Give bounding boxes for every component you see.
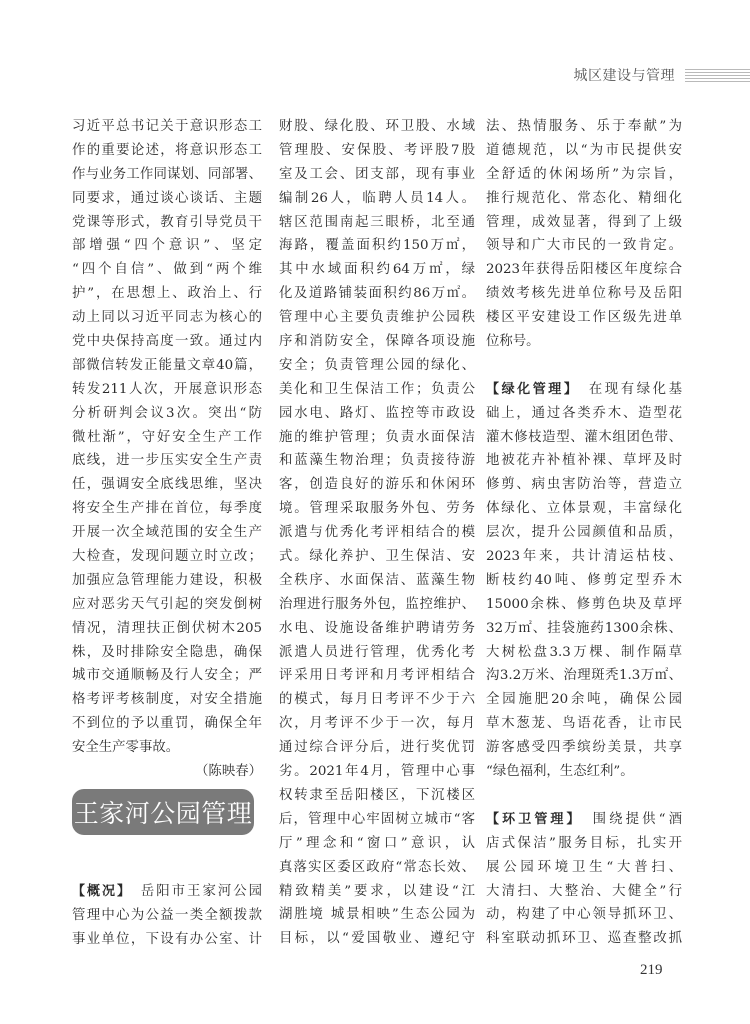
text-line: 层次，提升公园颜值和品质， (486, 521, 682, 545)
text-line: 美化和卫生保洁工作；负责公 (279, 378, 475, 402)
text-line: 管理中心为公益一类全额拨款 (72, 904, 262, 928)
text-line: 序和消防安全，保障各项设施 (279, 330, 475, 354)
text-line: 灌木修枝造型、灌木组团色带、 (486, 426, 682, 450)
text-line: “四个自信”、做到“两个维 (72, 258, 262, 282)
text-line: 室及工会、团支部，现有事业 (279, 163, 475, 187)
text-line: 厅”理念和“窗口”意识，认 (279, 832, 475, 856)
text-line: 株，及时排除安全隐患，确保 (72, 641, 262, 665)
text-line: 位称号。 (486, 330, 682, 354)
text-line: 推行规范化、常态化、精细化 (486, 187, 682, 211)
text-line: 动，构建了中心领导抓环卫、 (486, 903, 682, 927)
text-line: 法、热情服务、乐于奉献”为 (486, 115, 682, 139)
text-line: 沟3.2万米、治理斑秃1.3万㎡、 (486, 664, 682, 688)
text-line: 分析研判会议3次。突出“防 (72, 402, 262, 426)
text-line: 道德规范，以“为市民提供安 (486, 139, 682, 163)
text-line: 真落实区委区政府“常态长效、 (279, 856, 475, 880)
text-line: 领导和广大市民的一致肯定。 (486, 234, 682, 258)
sanitation-paragraph: 【环卫管理】 围绕提供“酒 店式保洁”服务目标，扎实开展公园环境卫生“大普扫、大… (486, 808, 682, 951)
text-line: 展公园环境卫生“大普扫、 (486, 856, 682, 880)
text-line: 绩效考核先进单位称号及岳阳 (486, 282, 682, 306)
overview-paragraph: 【概况】 岳阳市王家河公园 管理中心为公益一类全额拨款 事业单位，下设有办公室、… (72, 880, 262, 952)
running-head: 城区建设与管理 (574, 64, 750, 86)
text-line: 大清扫、大整治、大健全”行 (486, 880, 682, 904)
text-line: 作的重要论述，将意识形态工 (72, 139, 262, 163)
text-line: 编制26人，临聘人员14人。 (279, 187, 475, 211)
text-line: 体绿化、立体景观，丰富绿化 (486, 497, 682, 521)
text-line: 劣。2021年4月，管理中心事 (279, 760, 475, 784)
sanitation-first-line: 【环卫管理】 围绕提供“酒 (486, 808, 682, 832)
text-line: 的模式，每月日考评不少于六 (279, 688, 475, 712)
column-2: 财股、绿化股、环卫股、水域管理股、安保股、考评股7股室及工会、团支部，现有事业编… (279, 115, 475, 951)
text-line: 权转隶至岳阳楼区，下沉楼区 (279, 784, 475, 808)
text-line: 园水电、路灯、监控等市政设 (279, 402, 475, 426)
text-line: 目标，以“爱国敬业、遵纪守 (279, 927, 475, 951)
text-line: 修剪、病虫害防治等，营造立 (486, 473, 682, 497)
greening-tag: 【绿化管理】 (486, 382, 573, 397)
section-heading: 王家河公园管理 (72, 789, 254, 835)
column-1: 习近平总书记关于意识形态工作的重要论述，将意识形态工作与业务工作同谋划、同部署、… (72, 115, 262, 784)
text-line: 其中水域面积约64万㎡，绿 (279, 258, 475, 282)
overview-first-line: 【概况】 岳阳市王家河公园 (72, 880, 262, 904)
text-line: 党中央保持高度一致。通过内 (72, 330, 262, 354)
text-line: 部微信转发正能量文章40篇， (72, 354, 262, 378)
greening-first-line: 【绿化管理】 在现有绿化基 (486, 378, 682, 402)
text-line: 派遣人员进行管理，优秀化考 (279, 641, 475, 665)
text-line: 游客感受四季缤纷美景，共享 (486, 736, 682, 760)
text-line: 应对恶劣天气引起的突发倒树 (72, 593, 262, 617)
text-line: 转发211人次，开展意识形态 (72, 378, 262, 402)
text-line: 护”，在思想上、政治上、行 (72, 282, 262, 306)
running-head-title: 城区建设与管理 (574, 65, 676, 85)
text-line: 境。管理采取服务外包、劳务 (279, 497, 475, 521)
text-line: 通过综合评分后，进行奖优罚 (279, 736, 475, 760)
text-line: 础上，通过各类乔木、造型花 (486, 402, 682, 426)
text-line: 水电、设施设备维护聘请劳务 (279, 617, 475, 641)
sanitation-tag: 【环卫管理】 (486, 812, 576, 827)
text-line: 部增强“四个意识”、坚定 (72, 234, 262, 258)
greening-paragraph: 【绿化管理】 在现有绿化基 础上，通过各类乔木、造型花灌木修枝造型、灌木组团色带… (486, 378, 682, 784)
text-line: 楼区平安建设工作区级先进单 (486, 306, 682, 330)
text-line: 不到位的予以重罚，确保全年 (72, 712, 262, 736)
text-line: 管理，成效显著，得到了上级 (486, 211, 682, 235)
text-line: 同要求，通过谈心谈话、主题 (72, 187, 262, 211)
text-line: 底线，进一步压实安全生产责 (72, 449, 262, 473)
text-line: 全秩序、水面保洁、蓝藻生物 (279, 569, 475, 593)
text-line: 施的维护管理；负责水面保洁 (279, 426, 475, 450)
text-line: 断枝约40吨、修剪定型乔木 (486, 569, 682, 593)
text-line: 任，强调安全底线思维，坚决 (72, 473, 262, 497)
text-line: 作与业务工作同谋划、同部署、 (72, 163, 262, 187)
text-line: 财股、绿化股、环卫股、水域 (279, 115, 475, 139)
text-line: 2023年来，共计清运枯枝、 (486, 545, 682, 569)
text-line: 微杜渐”，守好安全生产工作 (72, 426, 262, 450)
text-line: 精致精美”要求，以建设“江 (279, 880, 475, 904)
text-line: 后，管理中心牢固树立城市“客 (279, 808, 475, 832)
ideology-safety-paragraph: 习近平总书记关于意识形态工作的重要论述，将意识形态工作与业务工作同谋划、同部署、… (72, 115, 262, 760)
text-line: 情况，清理扶正倒伏树木205 (72, 617, 262, 641)
text-line: 将安全生产排在首位，每季度 (72, 497, 262, 521)
text-line: 化及道路铺装面积约86万㎡。 (279, 282, 475, 306)
author-credit: （陈映春） (72, 760, 262, 784)
text-line: 治理进行服务外包，监控维护、 (279, 593, 475, 617)
text-line: 客，创造良好的游乐和休闲环 (279, 473, 475, 497)
text-line: 城市交通顺畅及行人安全；严 (72, 664, 262, 688)
text-line: 大检查，发现问题立时立改； (72, 545, 262, 569)
text-line: 管理中心主要负责维护公园秩 (279, 306, 475, 330)
text-line: 管理股、安保股、考评股7股 (279, 139, 475, 163)
header-rules-decoration (685, 69, 750, 82)
text-line: 安全；负责管理公园的绿化、 (279, 354, 475, 378)
page-number: 219 (640, 962, 663, 979)
text-line: 辖区范围南起三眼桥，北至通 (279, 211, 475, 235)
text-line: 安全生产零事故。 (72, 736, 262, 760)
text-line: 15000余株、修剪色块及草坪 (486, 593, 682, 617)
text-line: 习近平总书记关于意识形态工 (72, 115, 262, 139)
text-line: 派遣与优秀化考评相结合的模 (279, 521, 475, 545)
text-line: 科室联动抓环卫、巡查整改抓 (486, 927, 682, 951)
text-line: 湖胜境 城景相映”生态公园为 (279, 903, 475, 927)
text-line: 草木葱茏、鸟语花香，让市民 (486, 712, 682, 736)
column-3: 法、热情服务、乐于奉献”为道德规范，以“为市民提供安全舒适的休闲场所”为宗旨，推… (486, 115, 682, 951)
text-line: 式。绿化养护、卫生保洁、安 (279, 545, 475, 569)
text-line: 开展一次全域范围的安全生产 (72, 521, 262, 545)
text-line: 32万㎡、挂袋施药1300余株、 (486, 617, 682, 641)
text-line: 全舒适的休闲场所”为宗旨， (486, 163, 682, 187)
intro-continuation-paragraph: 法、热情服务、乐于奉献”为道德规范，以“为市民提供安全舒适的休闲场所”为宗旨，推… (486, 115, 682, 354)
text-line: 地被花卉补植补裸、草坪及时 (486, 449, 682, 473)
text-line: 次，月考评不少于一次，每月 (279, 712, 475, 736)
text-line: 海路，覆盖面积约150万㎡， (279, 234, 475, 258)
overview-tag: 【概况】 (72, 884, 126, 899)
text-line: 动上同以习近平同志为核心的 (72, 306, 262, 330)
text-line: 党课等形式，教育引导党员干 (72, 211, 262, 235)
text-line: 店式保洁”服务目标，扎实开 (486, 832, 682, 856)
text-line: 事业单位，下设有办公室、计 (72, 928, 262, 952)
text-line: 格考评考核制度，对安全措施 (72, 688, 262, 712)
text-line: 评采用日考评和月考评相结合 (279, 664, 475, 688)
text-line: “绿色福利，生态红利”。 (486, 760, 682, 784)
text-line: 和蓝藻生物治理；负责接待游 (279, 449, 475, 473)
text-line: 大树松盘3.3万棵、制作隔草 (486, 641, 682, 665)
text-line: 全园施肥20余吨，确保公园 (486, 688, 682, 712)
text-line: 加强应急管理能力建设，积极 (72, 569, 262, 593)
text-line: 2023年获得岳阳楼区年度综合 (486, 258, 682, 282)
